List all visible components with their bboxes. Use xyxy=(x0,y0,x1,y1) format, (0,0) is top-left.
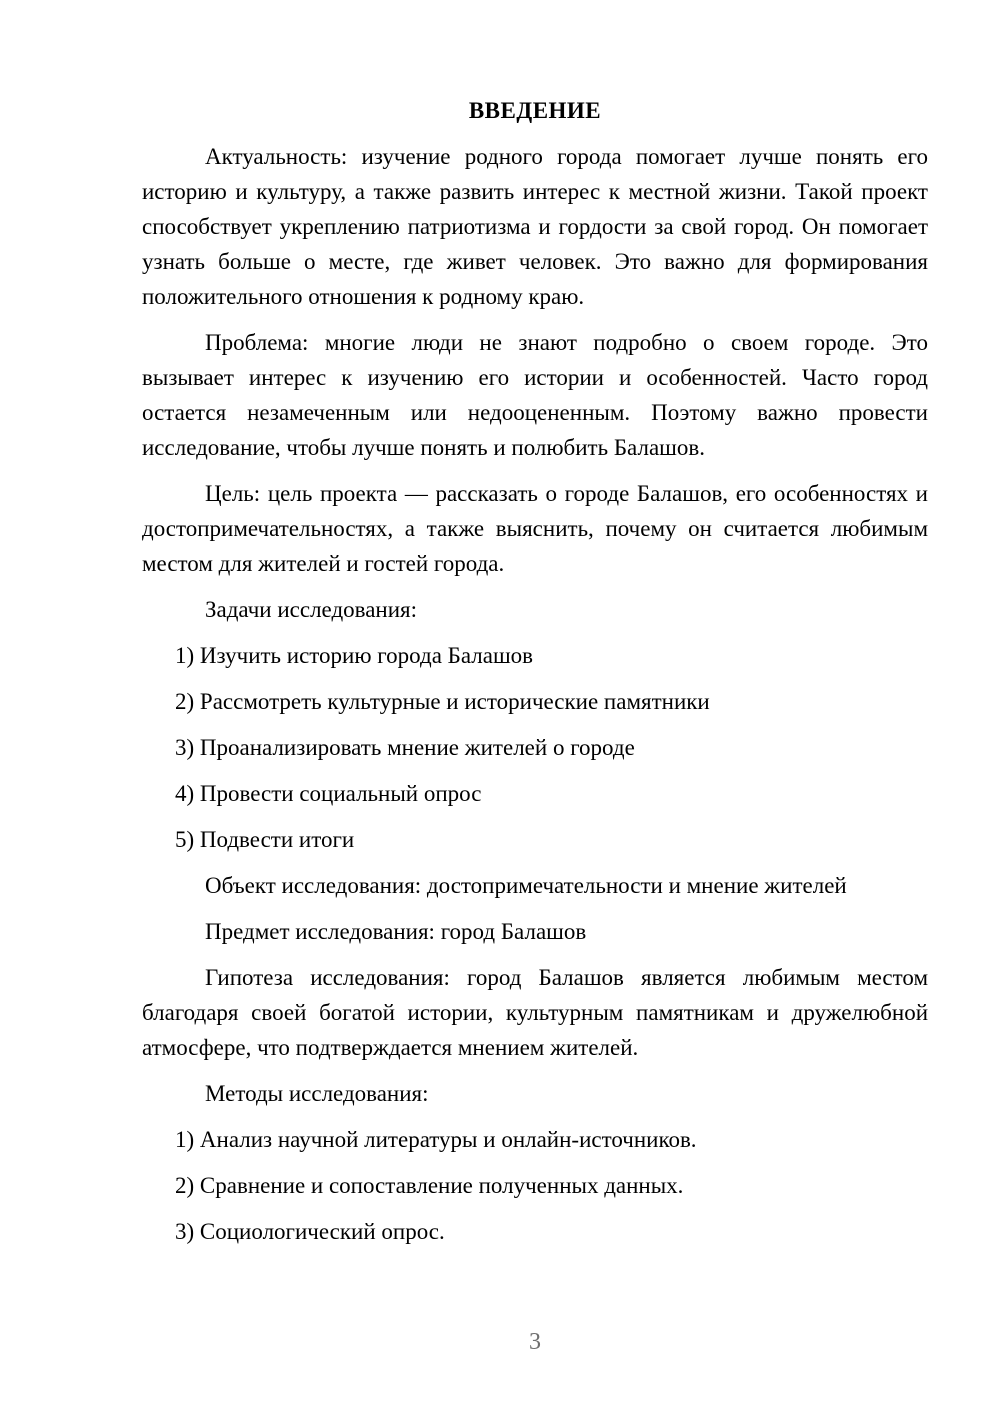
method-item-1: 1) Анализ научной литературы и онлайн-ис… xyxy=(175,1122,928,1157)
page-content: ВВЕДЕНИЕ Актуальность: изучение родного … xyxy=(142,93,928,1260)
tasks-heading: Задачи исследования: xyxy=(142,592,928,627)
paragraph-object: Объект исследования: достопримечательнос… xyxy=(142,868,928,903)
task-item-1: 1) Изучить историю города Балашов xyxy=(175,638,928,673)
task-item-4: 4) Провести социальный опрос xyxy=(175,776,928,811)
methods-heading: Методы исследования: xyxy=(142,1076,928,1111)
paragraph-subject: Предмет исследования: город Балашов xyxy=(142,914,928,949)
paragraph-problem: Проблема: многие люди не знают подробно … xyxy=(142,325,928,465)
task-item-2: 2) Рассмотреть культурные и исторические… xyxy=(175,684,928,719)
paragraph-relevance: Актуальность: изучение родного города по… xyxy=(142,139,928,314)
method-item-2: 2) Сравнение и сопоставление полученных … xyxy=(175,1168,928,1203)
document-title: ВВЕДЕНИЕ xyxy=(142,93,928,128)
paragraph-hypothesis: Гипотеза исследования: город Балашов явл… xyxy=(142,960,928,1065)
task-item-3: 3) Проанализировать мнение жителей о гор… xyxy=(175,730,928,765)
document-page: ВВЕДЕНИЕ Актуальность: изучение родного … xyxy=(0,0,1000,1414)
paragraph-goal: Цель: цель проекта — рассказать о городе… xyxy=(142,476,928,581)
method-item-3: 3) Социологический опрос. xyxy=(175,1214,928,1249)
page-number: 3 xyxy=(142,1325,928,1360)
task-item-5: 5) Подвести итоги xyxy=(175,822,928,857)
